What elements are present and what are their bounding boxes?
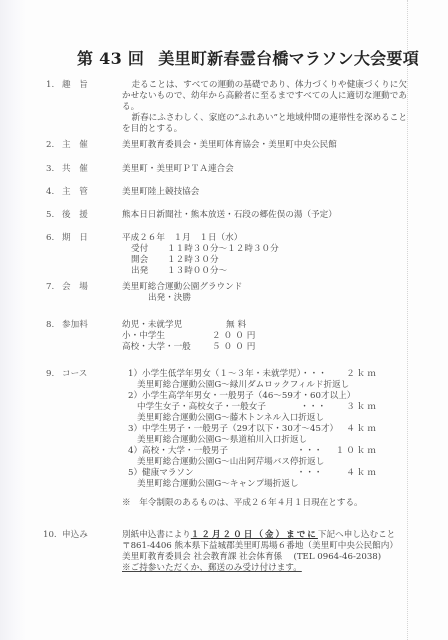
schedule-value: １２時３０分 <box>167 255 219 265</box>
title-main: 美里町新春霊台橋マラソン大会要項 <box>158 49 419 68</box>
scanned-document-page: 第 43 回美里町新春霊台橋マラソン大会要項 1. 趣 旨 走ることは、すべての… <box>0 0 448 640</box>
fee-row: 高校・大学・一般５００円 <box>122 342 407 353</box>
course-distance: ３ｋｍ <box>326 402 378 413</box>
course-route: 美里町総合運動公園G～緑川ダムロックフィルド折返し <box>128 380 378 391</box>
section-label: 主 管 <box>62 187 88 198</box>
section-number: 7. <box>46 282 54 293</box>
fee-amount: 無料 <box>212 320 249 331</box>
venue-sub: 出発・決勝 <box>122 293 407 304</box>
purpose-paragraph-2: 新春にふさわしく、家庭の“ふれあい”と地域仲間の連帯性を深めることを目的とする。 <box>122 113 407 135</box>
schedule-opening: 開会１２時３０分 <box>122 255 407 266</box>
course-distance: １０ｋｍ <box>323 446 378 457</box>
fee-category: 高校・大学・一般 <box>122 342 212 353</box>
application-office: 美里町教育委員会 社会教育課 社会体育係 (TEL 0964-46-2038) <box>122 552 412 563</box>
application-instruction: 別紙申込書により１２月２０日（金）までに下記へ申し込むこと <box>122 530 412 541</box>
course-3-title: 3）中学生男子・一般男子（29才以下・30才～45才）４ｋｍ <box>128 424 378 435</box>
application-address: 〒861-4406 熊本県下益城郡美里町馬場６番地（美里町中央公民館内） <box>122 541 412 552</box>
section-number: 8. <box>46 320 54 331</box>
course-1-title: 1）小学生低学年男女（１～３年・未就学児）・・・２ｋｍ <box>128 369 378 380</box>
application-deadline: １２月２０日（金）までに <box>191 530 318 540</box>
section-number: 10. <box>43 530 57 541</box>
title-edition: 第 43 回 <box>77 49 144 68</box>
section-label: 申込み <box>62 530 88 541</box>
fee-row: 幼児・未就学児無料 <box>122 320 407 331</box>
section-number: 6. <box>46 233 54 244</box>
application-notice: ※ご持参いただくか、郵送のみ受け付けます。 <box>122 563 412 574</box>
section-number: 1. <box>46 80 54 91</box>
section-label: 共 催 <box>62 164 88 175</box>
course-route: 美里町総合運動公園G～藤木トンネル入口折返し <box>128 413 378 424</box>
section-number: 3. <box>46 164 54 175</box>
fee-row: 小・中学生２００円 <box>122 331 407 342</box>
course-2-title: 2）小学生高学年男女・一般男子（46～59才・60才以上） <box>128 391 378 402</box>
section-label: 趣 旨 <box>62 80 88 91</box>
section-number: 9. <box>46 369 54 380</box>
fee-category: 幼児・未就学児 <box>122 320 212 331</box>
course-distance: ４ｋｍ <box>338 424 378 435</box>
co-organizer-text: 美里町・美里町ＰＴＡ連合会 <box>122 164 407 175</box>
schedule-key: 受付 <box>131 244 167 255</box>
course-5-title: 5）健康マラソン ・・・４ｋｍ <box>128 468 378 479</box>
section-number: 2. <box>46 140 54 151</box>
document-title: 第 43 回美里町新春霊台橋マラソン大会要項 <box>77 46 377 69</box>
course-route: 美里町総合運動公園G～キャンプ場折返し <box>128 479 378 490</box>
organizer-text: 美里町教育委員会・美里町体育協会・美里町中央公民館 <box>122 140 407 151</box>
section-number: 4. <box>46 187 54 198</box>
schedule-start: 出発１３時００分～ <box>122 266 407 277</box>
section-label: 会 場 <box>62 282 88 293</box>
section-label: 期 日 <box>62 233 88 244</box>
section-label: コース <box>62 369 87 380</box>
course-route: 美里町総合運動公園G～県道柏川入口折返し <box>128 435 378 446</box>
sponsors-text: 熊本日日新聞社・熊本放送・石段の郷佐俣の湯（予定） <box>122 210 407 221</box>
schedule-value: １１時３０分～１２時３０分 <box>167 244 279 254</box>
course-4-title: 4）高校・大学・一般男子 ・・・１０ｋｍ <box>128 446 378 457</box>
purpose-paragraph-1: 走ることは、すべての運動の基礎であり、体力づくりや健康づくりに欠かせないもので、… <box>122 80 407 113</box>
course-2-title-cont: 中学生女子・高校女子・一般女子 ・・・３ｋｍ <box>128 402 378 413</box>
schedule-value: １３時００分～ <box>167 266 227 276</box>
schedule-reception: 受付１１時３０分～１２時３０分 <box>122 244 407 255</box>
schedule-key: 出発 <box>131 266 167 277</box>
course-route: 美里町総合運動公園G～山出阿芹場バス停折返し <box>128 457 378 468</box>
course-distance: ２ｋｍ <box>327 369 378 380</box>
venue-text: 美里町総合運動公園グラウンド <box>122 282 407 293</box>
course-distance: ４ｋｍ <box>323 468 378 479</box>
section-label: 参加料 <box>62 320 88 331</box>
section-number: 5. <box>46 210 54 221</box>
fee-amount: ５００円 <box>212 342 258 353</box>
schedule-key: 開会 <box>131 255 167 266</box>
event-date: 平成２６年 １月 １日（水） <box>122 233 407 244</box>
management-text: 美里町陸上競技協会 <box>122 187 407 198</box>
section-label: 後 援 <box>62 210 88 221</box>
fee-amount: ２００円 <box>212 331 258 342</box>
section-label: 主 催 <box>62 140 88 151</box>
fee-category: 小・中学生 <box>122 331 212 342</box>
age-limit-note: ※ 年令制限のあるものは、平成２６年４月１日現在とする。 <box>122 498 378 509</box>
